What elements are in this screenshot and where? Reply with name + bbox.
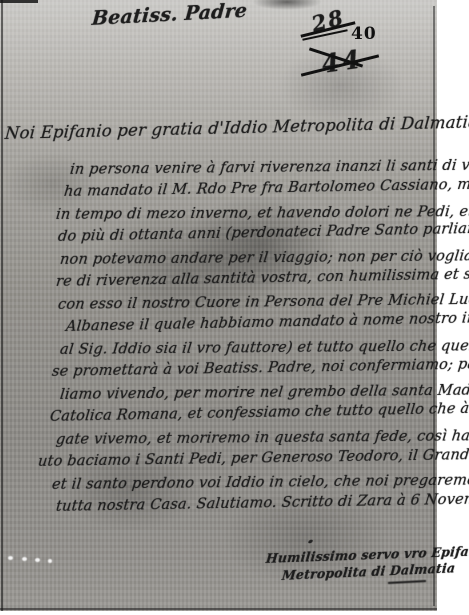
scan-specks (8, 554, 68, 564)
folio-number-stamped-40: 40 (351, 24, 377, 44)
page-edge-left (1, 0, 3, 611)
page-edge-bottom (0, 608, 437, 610)
speck (35, 558, 40, 562)
speck (8, 556, 13, 560)
manuscript-scan: Beatiss. Padre 28 40 44 Noi Epifanio per… (0, 0, 469, 615)
speck (22, 557, 27, 561)
speck (48, 559, 52, 563)
letter-line: non potevamo andare per il viaggio; non … (59, 248, 469, 268)
letter-line: gate vivemo, et moriremo in questa santa… (55, 428, 469, 448)
letter-line: in tempo di mezo inverno, et havendo dol… (55, 203, 469, 223)
scan-corner-mark (0, 0, 38, 3)
